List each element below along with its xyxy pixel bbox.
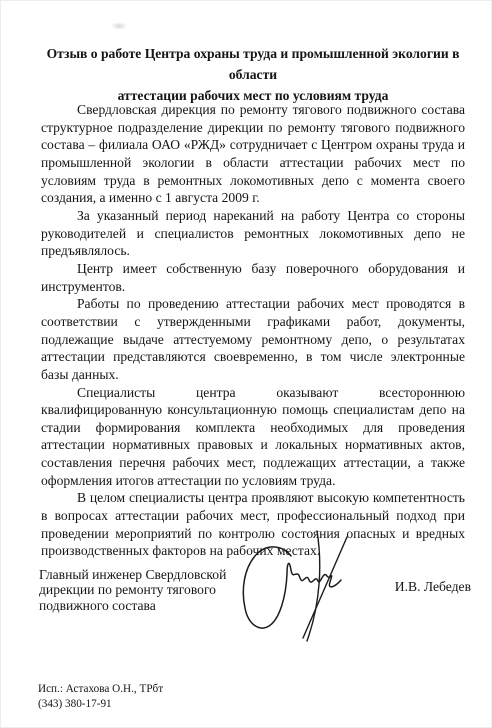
executor-note: Исп.: Астахова О.Н., ТРбт (343) 380-17-9… <box>38 682 163 712</box>
body-paragraph: За указанный период нареканий на работу … <box>41 207 465 260</box>
executor-phone: (343) 380-17-91 <box>38 697 163 712</box>
handwritten-signature-icon <box>239 528 359 668</box>
document-body: Свердловская дирекция по ремонту тяговог… <box>41 101 465 560</box>
signatory-position-line-3: подвижного состава <box>39 598 226 613</box>
signatory-name: И.В. Лебедев <box>395 579 471 595</box>
document-title: Отзыв о работе Центра охраны труда и про… <box>41 43 465 106</box>
signatory-position: Главный инженер Свердловской дирекции по… <box>39 567 226 613</box>
body-paragraph: Свердловская дирекция по ремонту тяговог… <box>41 101 465 207</box>
body-paragraph: Специалисты центра оказывают всесторонню… <box>41 384 465 490</box>
body-paragraph: Работы по проведению аттестации рабочих … <box>41 295 465 383</box>
body-paragraph: Центр имеет собственную базу поверочного… <box>41 260 465 295</box>
signatory-position-line-1: Главный инженер Свердловской <box>39 567 226 582</box>
executor-name: Исп.: Астахова О.Н., ТРбт <box>38 682 163 697</box>
signatory-position-line-2: дирекции по ремонту тягового <box>39 582 226 597</box>
scan-artifact-smudge <box>111 22 127 30</box>
document-title-line-1: Отзыв о работе Центра охраны труда и про… <box>41 43 465 85</box>
document-page: Отзыв о работе Центра охраны труда и про… <box>0 0 492 728</box>
